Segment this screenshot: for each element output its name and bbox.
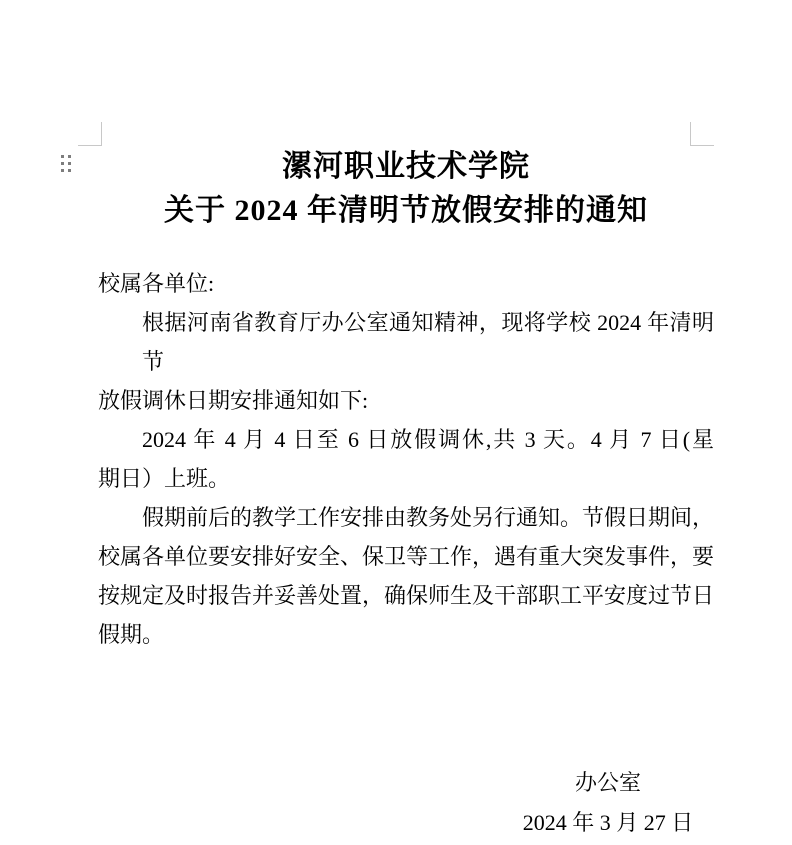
document-body: 校属各单位: 根据河南省教育厅办公室通知精神，现将学校 2024 年清明节 放假… <box>98 264 714 654</box>
drag-handle-dot <box>68 169 71 172</box>
body-line: 假期。 <box>98 615 714 654</box>
drag-handle-dot <box>61 155 64 158</box>
title-line-1: 漯河职业技术学院 <box>98 145 714 189</box>
body-line: 2024 年 4 月 4 日至 6 日放假调休,共 3 天。4 月 7 日(星 <box>98 420 714 459</box>
title-line-2: 关于 2024 年清明节放假安排的通知 <box>98 189 714 233</box>
document-content: 漯河职业技术学院 关于 2024 年清明节放假安排的通知 校属各单位: 根据河南… <box>98 145 714 843</box>
document-title: 漯河职业技术学院 关于 2024 年清明节放假安排的通知 <box>98 145 714 233</box>
document-page: 漯河职业技术学院 关于 2024 年清明节放假安排的通知 校属各单位: 根据河南… <box>0 0 792 845</box>
body-line: 校属各单位要安排好安全、保卫等工作，遇有重大突发事件，要 <box>98 537 714 576</box>
drag-handle-dot <box>68 155 71 158</box>
body-line: 根据河南省教育厅办公室通知精神，现将学校 2024 年清明节 <box>98 303 714 381</box>
body-line: 放假调休日期安排通知如下: <box>98 381 714 420</box>
drag-handle-dot <box>61 169 64 172</box>
signature-department: 办公室 <box>508 763 708 803</box>
drag-handle-dot <box>68 162 71 165</box>
body-line-salutation: 校属各单位: <box>98 264 714 303</box>
signature-date: 2024 年 3 月 27 日 <box>508 803 708 843</box>
drag-handle-icon[interactable] <box>61 155 71 172</box>
body-line: 按规定及时报告并妥善处置，确保师生及干部职工平安度过节日 <box>98 576 714 615</box>
page-margin-corner-top-left <box>78 122 102 146</box>
body-line: 期日）上班。 <box>98 459 714 498</box>
page-margin-corner-top-right <box>690 122 714 146</box>
drag-handle-dot <box>61 162 64 165</box>
body-line: 假期前后的教学工作安排由教务处另行通知。节假日期间， <box>98 498 714 537</box>
signature-block: 办公室 2024 年 3 月 27 日 <box>508 763 708 843</box>
